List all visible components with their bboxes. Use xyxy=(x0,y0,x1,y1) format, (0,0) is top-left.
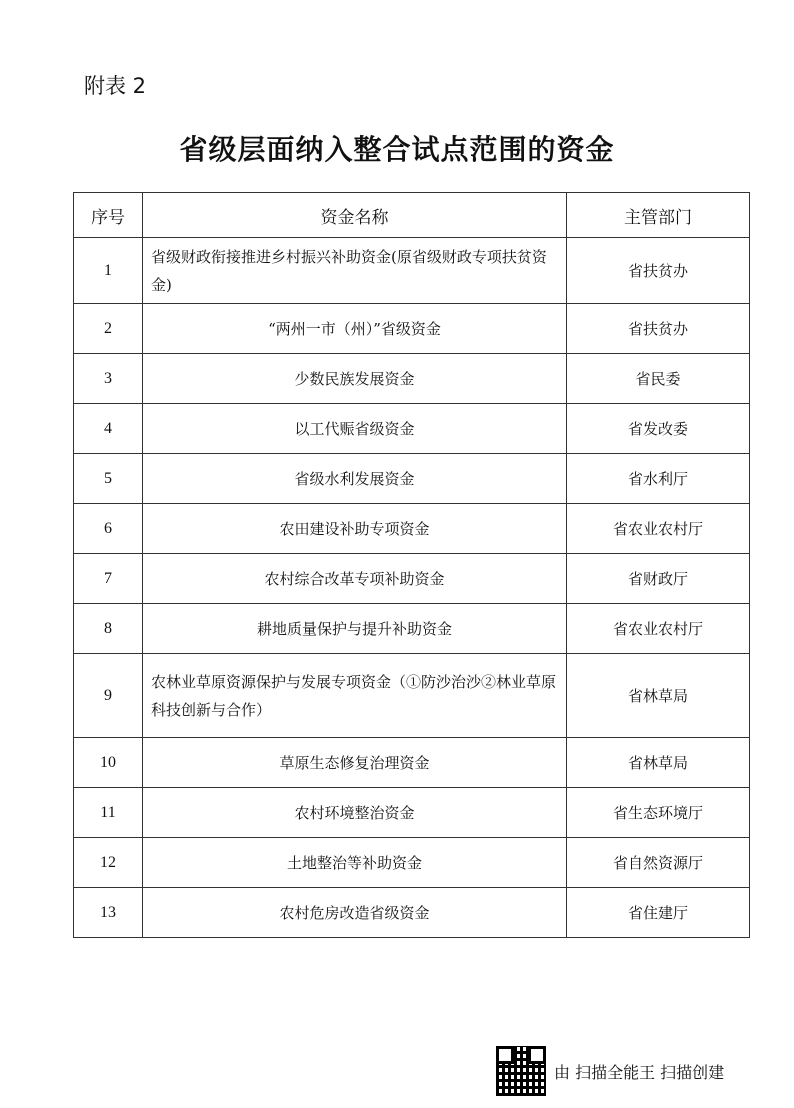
page-title: 省级层面纳入整合试点范围的资金 xyxy=(0,128,794,168)
row-name: 农村综合改革专项补助资金 xyxy=(143,554,567,604)
row-name: 以工代赈省级资金 xyxy=(143,404,567,454)
row-dept: 省发改委 xyxy=(567,404,750,454)
row-no: 3 xyxy=(74,354,143,404)
row-no: 7 xyxy=(74,554,143,604)
row-dept: 省林草局 xyxy=(567,654,750,738)
table-row: 9 农林业草原资源保护与发展专项资金（①防沙治沙②林业草原科技创新与合作） 省林… xyxy=(74,654,750,738)
table-row: 10 草原生态修复治理资金 省林草局 xyxy=(74,738,750,788)
row-name: 土地整治等补助资金 xyxy=(143,838,567,888)
table-row: 6 农田建设补助专项资金 省农业农村厅 xyxy=(74,504,750,554)
row-dept: 省民委 xyxy=(567,354,750,404)
row-no: 13 xyxy=(74,888,143,938)
funds-table: 序号 资金名称 主管部门 1 省级财政衔接推进乡村振兴补助资金(原省级财政专项扶… xyxy=(73,192,750,938)
row-dept: 省扶贫办 xyxy=(567,304,750,354)
row-dept: 省生态环境厅 xyxy=(567,788,750,838)
watermark-text: 由 扫描全能王 扫描创建 xyxy=(554,1060,724,1083)
row-dept: 省住建厅 xyxy=(567,888,750,938)
row-name: 省级财政衔接推进乡村振兴补助资金(原省级财政专项扶贫资金) xyxy=(143,238,567,304)
table-row: 3 少数民族发展资金 省民委 xyxy=(74,354,750,404)
row-dept: 省农业农村厅 xyxy=(567,604,750,654)
header-name: 资金名称 xyxy=(143,193,567,238)
row-name: 农村环境整治资金 xyxy=(143,788,567,838)
row-no: 1 xyxy=(74,238,143,304)
table-row: 7 农村综合改革专项补助资金 省财政厅 xyxy=(74,554,750,604)
header-no: 序号 xyxy=(74,193,143,238)
row-name: 农村危房改造省级资金 xyxy=(143,888,567,938)
table-row: 11 农村环境整治资金 省生态环境厅 xyxy=(74,788,750,838)
table-row: 12 土地整治等补助资金 省自然资源厅 xyxy=(74,838,750,888)
table-row: 5 省级水利发展资金 省水利厅 xyxy=(74,454,750,504)
row-dept: 省扶贫办 xyxy=(567,238,750,304)
row-no: 8 xyxy=(74,604,143,654)
row-dept: 省财政厅 xyxy=(567,554,750,604)
table-row: 8 耕地质量保护与提升补助资金 省农业农村厅 xyxy=(74,604,750,654)
row-name: 耕地质量保护与提升补助资金 xyxy=(143,604,567,654)
table-header: 序号 资金名称 主管部门 xyxy=(74,193,750,238)
row-no: 11 xyxy=(74,788,143,838)
row-no: 2 xyxy=(74,304,143,354)
row-name: 省级水利发展资金 xyxy=(143,454,567,504)
row-no: 10 xyxy=(74,738,143,788)
row-name: 少数民族发展资金 xyxy=(143,354,567,404)
row-dept: 省自然资源厅 xyxy=(567,838,750,888)
row-name: 农田建设补助专项资金 xyxy=(143,504,567,554)
row-name: 草原生态修复治理资金 xyxy=(143,738,567,788)
row-no: 5 xyxy=(74,454,143,504)
row-no: 12 xyxy=(74,838,143,888)
attachment-label: 附表 2 xyxy=(84,70,146,100)
row-name: “两州一市（州）”省级资金 xyxy=(143,304,567,354)
row-no: 6 xyxy=(74,504,143,554)
row-name: 农林业草原资源保护与发展专项资金（①防沙治沙②林业草原科技创新与合作） xyxy=(143,654,567,738)
scanner-watermark: 由 扫描全能王 扫描创建 xyxy=(496,1046,724,1096)
qr-code-icon xyxy=(496,1046,546,1096)
table-row: 1 省级财政衔接推进乡村振兴补助资金(原省级财政专项扶贫资金) 省扶贫办 xyxy=(74,238,750,304)
row-no: 9 xyxy=(74,654,143,738)
row-dept: 省水利厅 xyxy=(567,454,750,504)
header-dept: 主管部门 xyxy=(567,193,750,238)
table-row: 2 “两州一市（州）”省级资金 省扶贫办 xyxy=(74,304,750,354)
row-dept: 省农业农村厅 xyxy=(567,504,750,554)
row-no: 4 xyxy=(74,404,143,454)
table-row: 4 以工代赈省级资金 省发改委 xyxy=(74,404,750,454)
row-dept: 省林草局 xyxy=(567,738,750,788)
table-row: 13 农村危房改造省级资金 省住建厅 xyxy=(74,888,750,938)
